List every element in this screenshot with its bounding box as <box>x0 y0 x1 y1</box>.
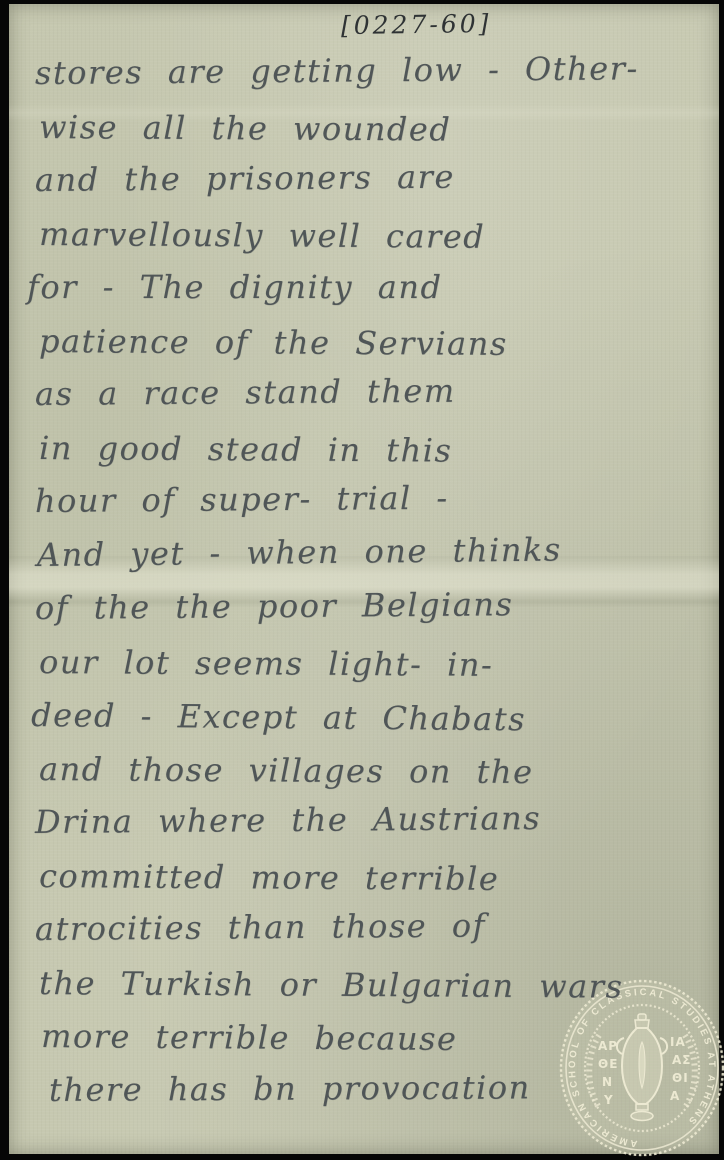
handwritten-line: marvellously well cared <box>39 215 721 273</box>
handwritten-line: stores are getting low - Other- <box>35 49 717 108</box>
handwritten-line: Drina where the Austrians <box>35 798 717 857</box>
handwritten-line: our lot seems light- in- <box>39 643 721 701</box>
handwritten-line: there has bn provocation <box>49 1067 724 1124</box>
handwritten-line: of the the poor Belgians <box>35 584 717 643</box>
handwritten-line: And yet - when one thinks <box>37 528 720 589</box>
handwritten-line: more terrible because <box>41 1017 723 1075</box>
handwritten-line: hour of super- trial - <box>35 477 717 536</box>
handwritten-line: as a race stand them <box>35 370 717 429</box>
handwritten-line: for - The dignity and <box>27 268 709 322</box>
archival-label: [0227-60] <box>341 9 492 40</box>
handwritten-line: atrocities than those of <box>35 905 717 964</box>
letter-lines: stores are getting low - Other-wise all … <box>35 54 717 1124</box>
handwritten-line: and the prisoners are <box>35 156 717 215</box>
handwritten-line: deed - Except at Chabats <box>31 696 713 755</box>
handwritten-line: the Turkish or Bulgarian wars <box>39 964 721 1022</box>
letter-page: [0227-60] AMERICAN SCHOOL OF CLASSICAL S… <box>9 4 719 1154</box>
